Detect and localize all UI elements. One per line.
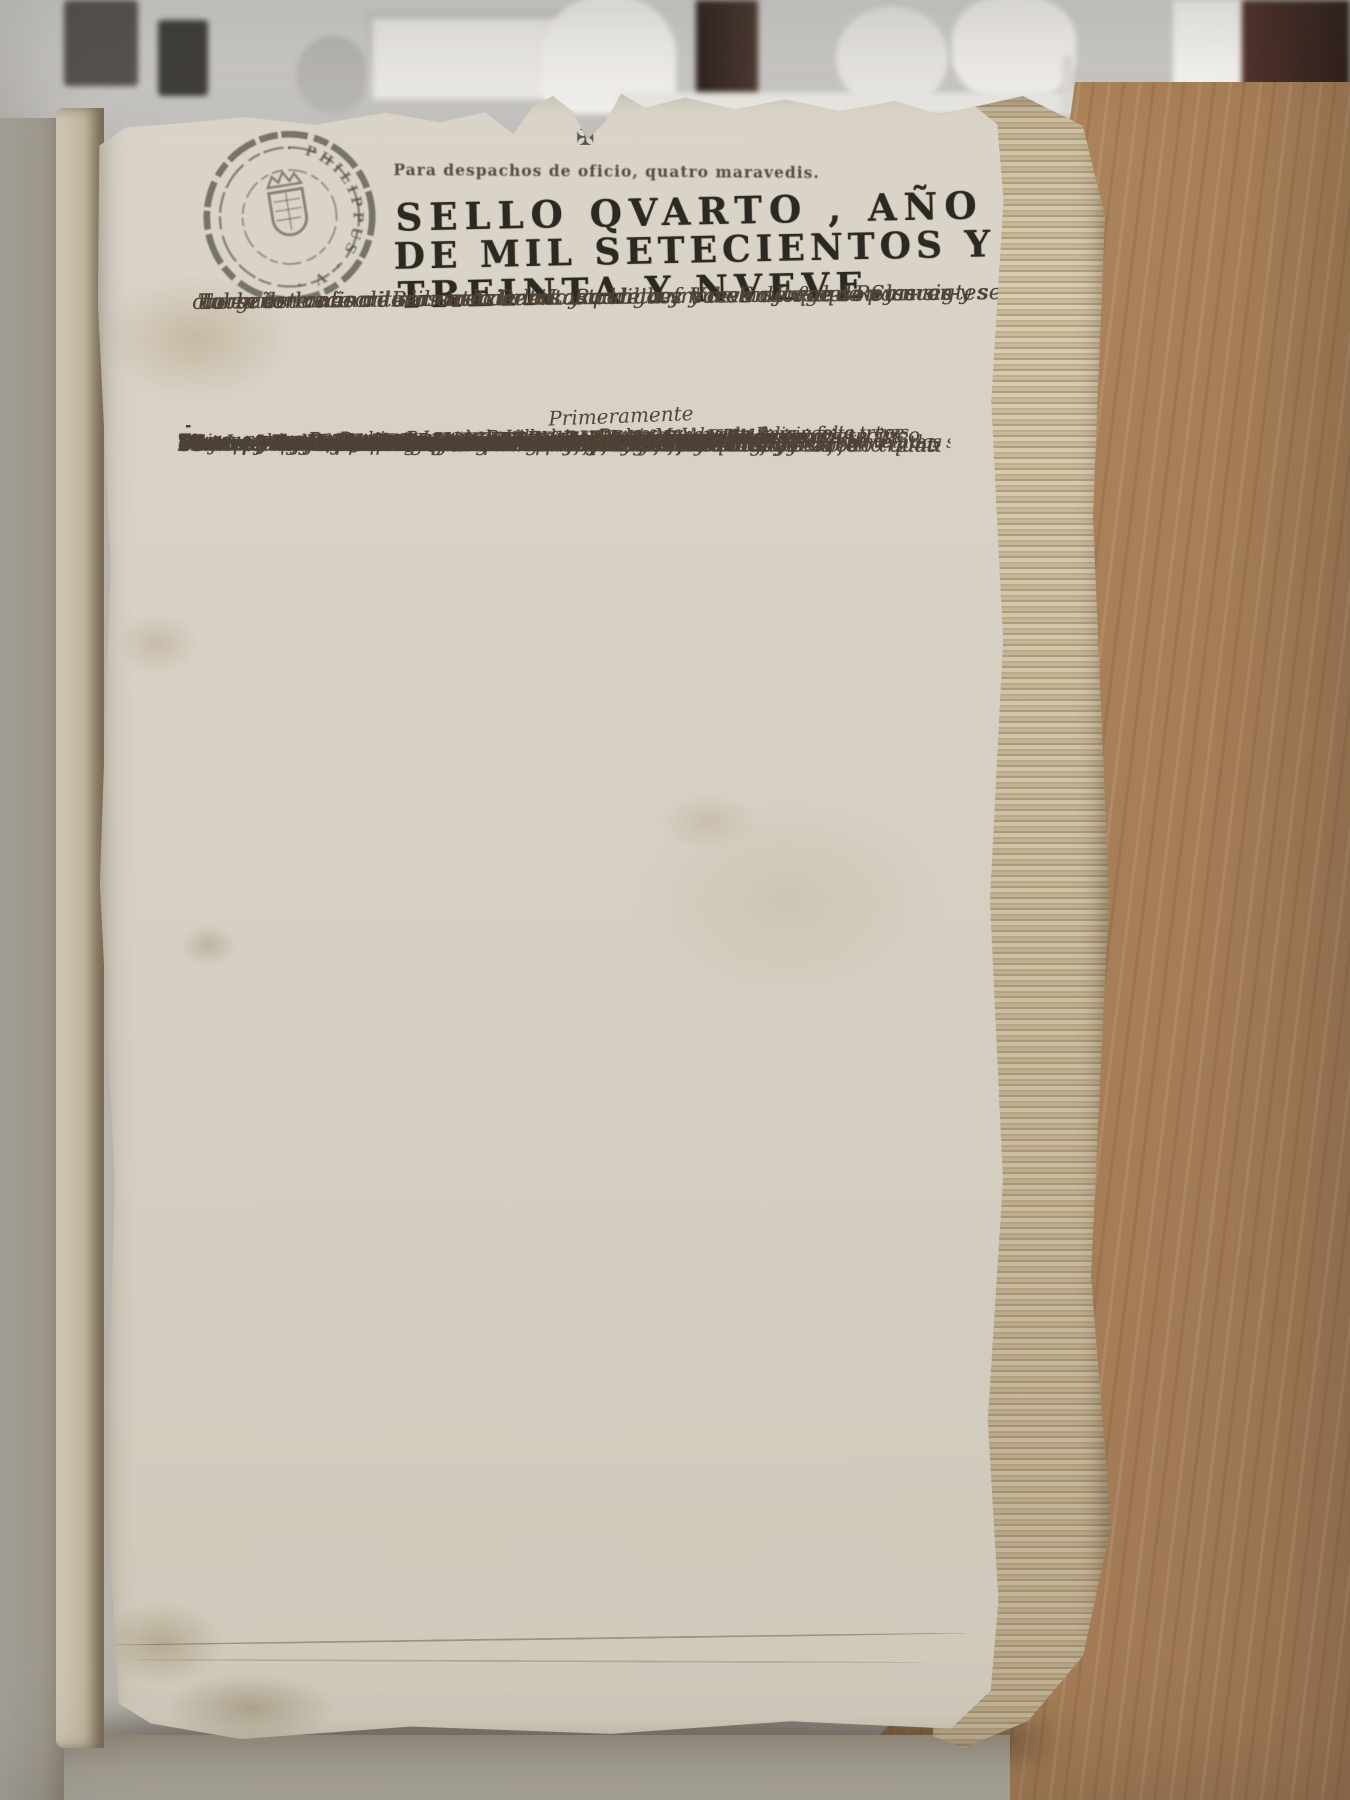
closing-scribble-line [111, 1632, 966, 1646]
computer-monitor [366, 12, 564, 106]
bright-window [1173, 0, 1245, 96]
book-cover-edge [0, 118, 64, 1800]
monitor-back-shape [64, 0, 138, 86]
seal-ring-text: · PHILIPPUS · V · [270, 130, 377, 293]
folio-number: 30 [178, 431, 226, 455]
entry-text: Convenio entre Sebastian Caethano Vazque… [178, 431, 940, 456]
monitor-back-shape [158, 20, 208, 96]
table-front-edge [0, 1735, 1010, 1800]
book-gutter-pages [56, 108, 104, 1748]
photo-scene: · PHILIPPUS · V · ✠ Para despachos de of… [0, 0, 1350, 1800]
person-white-shirt [952, 0, 1076, 100]
leader-line [186, 425, 190, 427]
background-blur-shape [296, 36, 370, 114]
closing-scribble-line [137, 1659, 927, 1664]
svg-text:· PHILIPPUS · V ·: · PHILIPPUS · V · [270, 130, 377, 293]
entries-list: Venta pª Bernardo Rodriguez de Rabacallo… [178, 428, 1000, 431]
printed-fee-line: Para despachos de oficio, quatro maraved… [393, 160, 873, 182]
manuscript-page: · PHILIPPUS · V · ✠ Para despachos de of… [85, 80, 1036, 1751]
